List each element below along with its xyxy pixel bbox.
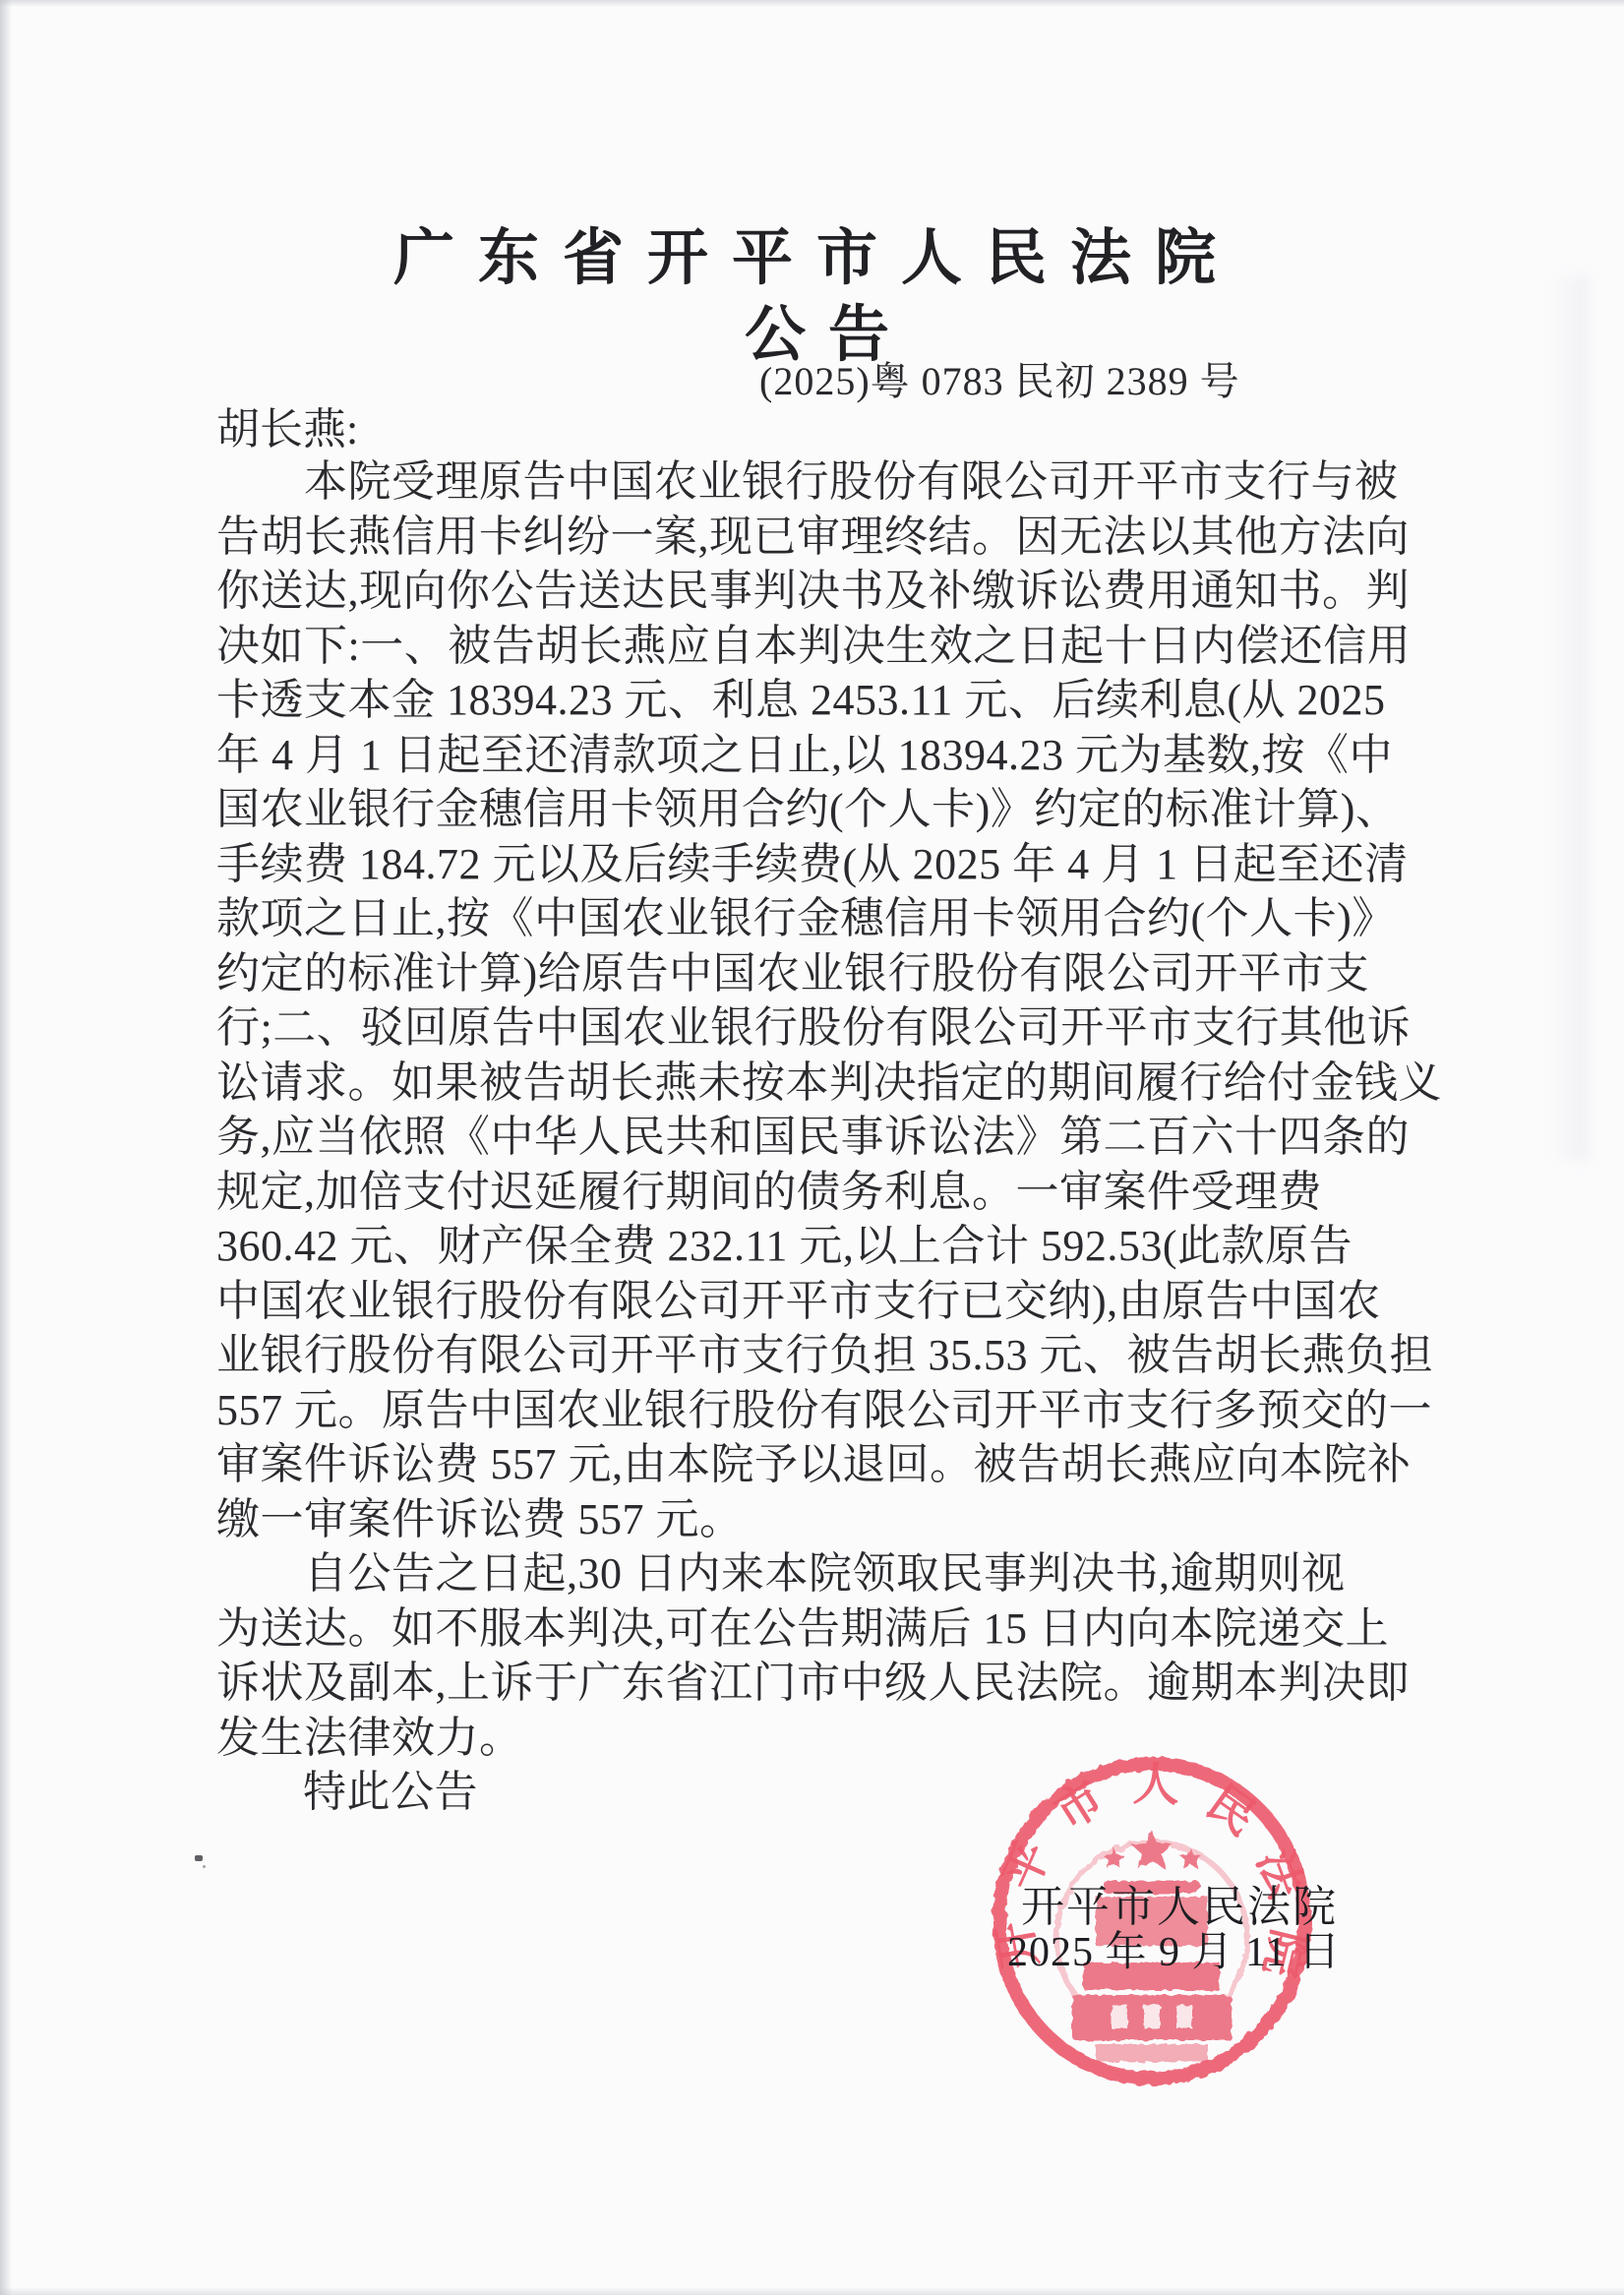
body-line: 审案件诉讼费 557 元,由本院予以退回。被告胡长燕应向本院补 bbox=[216, 1437, 1456, 1492]
scan-shadow-left bbox=[0, 0, 12, 2295]
body-line: 为送达。如不服本判决,可在公告期满后 15 日内向本院递交上 bbox=[216, 1601, 1456, 1657]
scan-speck bbox=[195, 1855, 203, 1861]
court-title: 广东省开平市人民法院 bbox=[393, 209, 1239, 296]
scan-streak bbox=[1549, 275, 1589, 1161]
body-line: 款项之日止,按《中国农业银行金穗信用卡领用合约(个人卡)》 bbox=[216, 891, 1456, 946]
body-line: 你送达,现向你公告送达民事判决书及补缴诉讼费用通知书。判 bbox=[216, 564, 1456, 619]
body-line: 国农业银行金穗信用卡领用合约(个人卡)》约定的标准计算)、 bbox=[216, 782, 1456, 837]
announcement-body: 本院受理原告中国农业银行股份有限公司开平市支行与被告胡长燕信用卡纠纷一案,现已审… bbox=[216, 454, 1456, 1820]
body-line: 360.42 元、财产保全费 232.11 元,以上合计 592.53(此款原告 bbox=[216, 1219, 1456, 1274]
body-line: 557 元。原告中国农业银行股份有限公司开平市支行多预交的一 bbox=[216, 1383, 1456, 1438]
body-line: 年 4 月 1 日起至还清款项之日止,以 18394.23 元为基数,按《中 bbox=[216, 728, 1456, 783]
body-line: 业银行股份有限公司开平市支行负担 35.53 元、被告胡长燕负担 bbox=[216, 1328, 1456, 1383]
court-announcement-page: 广东省开平市人民法院 公告 (2025)粤 0783 民初 2389 号 胡长燕… bbox=[0, 0, 1624, 2295]
body-line: 本院受理原告中国农业银行股份有限公司开平市支行与被 bbox=[216, 454, 1456, 510]
case-number: (2025)粤 0783 民初 2389 号 bbox=[759, 350, 1240, 406]
paragraph-judgment: 本院受理原告中国农业银行股份有限公司开平市支行与被告胡长燕信用卡纠纷一案,现已审… bbox=[216, 454, 1456, 1546]
body-line: 卡透支本金 18394.23 元、利息 2453.11 元、后续利息(从 202… bbox=[216, 673, 1456, 728]
body-line: 务,应当依照《中华人民共和国民事诉讼法》第二百六十四条的 bbox=[216, 1110, 1456, 1165]
body-line: 诉状及副本,上诉于广东省江门市中级人民法院。逾期本判决即 bbox=[216, 1656, 1456, 1711]
body-line: 行;二、驳回原告中国农业银行股份有限公司开平市支行其他诉 bbox=[216, 1000, 1456, 1056]
body-line: 告胡长燕信用卡纠纷一案,现已审理终结。因无法以其他方法向 bbox=[216, 510, 1456, 565]
body-line: 手续费 184.72 元以及后续手续费(从 2025 年 4 月 1 日起至还清 bbox=[216, 837, 1456, 892]
body-line: 中国农业银行股份有限公司开平市支行已交纳),由原告中国农 bbox=[216, 1274, 1456, 1329]
body-line: 决如下:一、被告胡长燕应自本判决生效之日起十日内偿还信用 bbox=[216, 619, 1456, 674]
scan-shadow-bottom bbox=[0, 2287, 1624, 2295]
scan-shadow-top bbox=[0, 0, 1624, 7]
paragraph-notice: 自公告之日起,30 日内来本院领取民事判决书,逾期则视为送达。如不服本判决,可在… bbox=[216, 1546, 1456, 1765]
body-line: 自公告之日起,30 日内来本院领取民事判决书,逾期则视 bbox=[216, 1546, 1456, 1601]
body-line: 约定的标准计算)给原告中国农业银行股份有限公司开平市支 bbox=[216, 946, 1456, 1001]
body-line: 缴一审案件诉讼费 557 元。 bbox=[216, 1492, 1456, 1547]
signature-date: 2025 年 9 月 11 日 bbox=[1007, 1919, 1341, 1978]
scan-speck-small bbox=[203, 1865, 206, 1868]
addressee-salutation: 胡长燕: bbox=[216, 393, 358, 456]
body-line: 规定,加倍支付迟延履行期间的债务利息。一审案件受理费 bbox=[216, 1165, 1456, 1220]
body-line: 讼请求。如果被告胡长燕未按本判决指定的期间履行给付金钱义 bbox=[216, 1056, 1456, 1111]
